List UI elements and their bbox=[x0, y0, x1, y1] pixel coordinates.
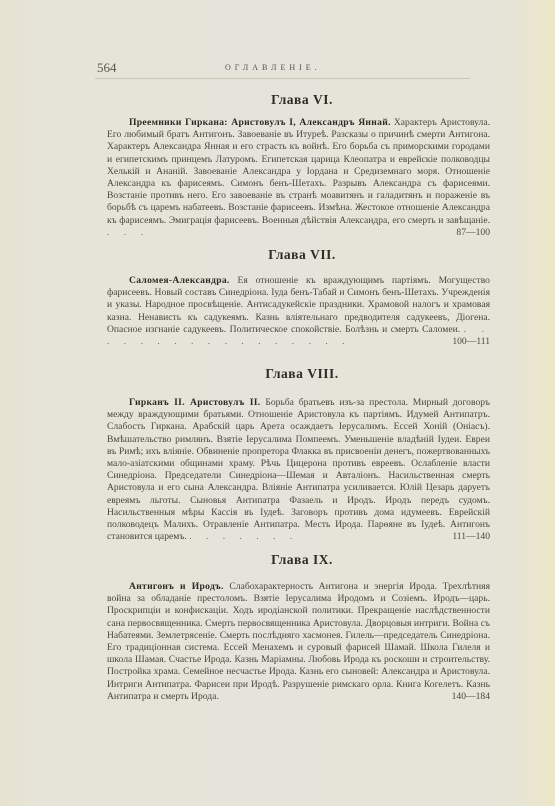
chapter-lead: Антигонъ и Иродъ. bbox=[129, 581, 224, 592]
running-title: ОГЛАВЛЕНІЕ. bbox=[225, 63, 321, 72]
chapter-text: Характеръ Аристовула. Его любимый братъ … bbox=[107, 117, 490, 226]
page-number: 564 bbox=[97, 60, 117, 76]
chapter-9-heading: Глава IX. bbox=[127, 552, 507, 568]
chapter-text: Борьба братьевъ изъ-за престола. Мирный … bbox=[107, 397, 490, 542]
page-header: 564 ОГЛАВЛЕНІЕ. bbox=[97, 60, 471, 78]
chapter-lead: Гирканъ II. Аристовулъ II. bbox=[129, 397, 260, 408]
chapter-title: Глава IX. bbox=[97, 552, 507, 568]
chapter-title: Глава VI. bbox=[97, 92, 507, 108]
chapter-title: Глава VIII. bbox=[97, 366, 507, 382]
chapter-title: Глава VII. bbox=[97, 247, 507, 263]
chapter-8-summary: Гирканъ II. Аристовулъ II. Борьба братье… bbox=[107, 397, 490, 543]
header-rule bbox=[95, 78, 470, 79]
page-range: 140—184 bbox=[452, 691, 490, 703]
page-range: 111—140 bbox=[452, 531, 490, 543]
chapter-6-heading: Глава VI. bbox=[127, 92, 507, 108]
chapter-7-summary: Саломея-Александра. Ея отношеніе къ враж… bbox=[107, 275, 490, 348]
chapter-lead: Преемники Гиркана: Аристовулъ I, Алексан… bbox=[129, 117, 391, 128]
chapter-8-heading: Глава VIII. bbox=[127, 366, 507, 382]
page-range: 87—100 bbox=[456, 227, 490, 239]
chapter-6-summary: Преемники Гиркана: Аристовулъ I, Алексан… bbox=[107, 117, 490, 239]
leader-dots: . . . . . . . bbox=[189, 531, 298, 542]
chapter-9-summary: Антигонъ и Иродъ. Слабохарактерность Ант… bbox=[107, 581, 490, 703]
leader-dots: . . . bbox=[107, 227, 149, 238]
page-range: 100—111 bbox=[452, 336, 490, 348]
chapter-text: Слабохарактерность Антигона и энергія Ир… bbox=[107, 581, 490, 702]
chapter-lead: Саломея-Александра. bbox=[129, 275, 230, 286]
chapter-7-heading: Глава VII. bbox=[127, 247, 507, 263]
